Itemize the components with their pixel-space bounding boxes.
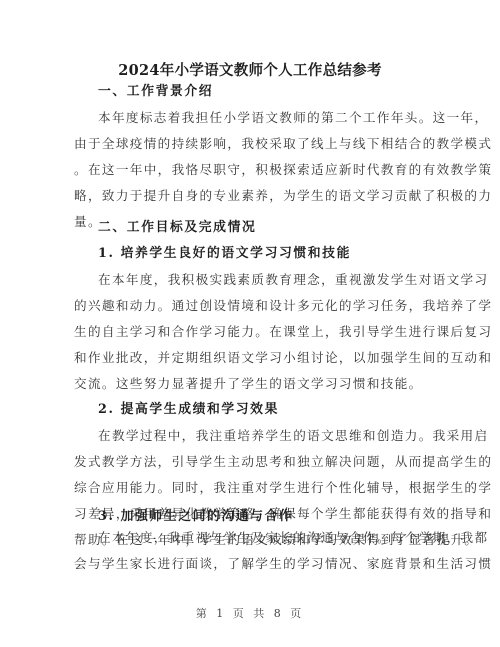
paragraph-line: 由于全球疫情的持续影响，我校采取了线上与线下相结合的教学模式 bbox=[74, 136, 417, 152]
paragraph-line: 交流。这些努力显著提升了学生的语文学习习惯和技能。 bbox=[74, 376, 417, 392]
document-title: 2024年小学语文教师个人工作总结参考 bbox=[0, 59, 500, 80]
paragraph-line: 。在这一年中，我恪尽职守，积极探索适应新时代教育的有效教学策 bbox=[74, 162, 417, 178]
paragraph-line: 发式教学方法，引导学生主动思考和独立解决问题，从而提高学生的 bbox=[74, 454, 417, 470]
paragraph-line: 和作业批改，并定期组织语文学习小组讨论，以加强学生间的互动和 bbox=[74, 350, 417, 366]
paragraph-line: 略，致力于提升自身的专业素养，为学生的语文学习贡献了积极的力 bbox=[74, 188, 417, 204]
paragraph-line: 在本年度，我重视与学生及家长的沟通与合作。每个学期，我都 bbox=[98, 530, 417, 546]
paragraph-line: 生的自主学习和合作学习能力。在课堂上，我引导学生进行课后复习 bbox=[74, 324, 417, 340]
paragraph-line: 的兴趣和动力。通过创设情境和设计多元化的学习任务，我培养了学 bbox=[74, 298, 417, 314]
subheading-2: 2. 提高学生成绩和学习效果 bbox=[98, 402, 417, 418]
document-page: 2024年小学语文教师个人工作总结参考 一、工作背景介绍 本年度标志着我担任小学… bbox=[0, 0, 500, 647]
section-heading-2: 二、工作目标及完成情况 bbox=[98, 220, 417, 236]
subheading-3: 3. 加强师生之间的沟通与合作 bbox=[98, 509, 417, 525]
section-heading-1: 一、工作背景介绍 bbox=[98, 84, 417, 100]
paragraph-line: 会与学生家长进行面谈，了解学生的学习情况、家庭背景和生活习惯 bbox=[74, 556, 417, 572]
paragraph-line: 本年度标志着我担任小学语文教师的第二个工作年头。这一年， bbox=[98, 110, 417, 126]
paragraph-line: 在教学过程中，我注重培养学生的语文思维和创造力。我采用启 bbox=[98, 428, 417, 444]
page-footer: 第 1 页 共 8 页 bbox=[0, 605, 500, 621]
paragraph-line: 在本年度，我积极实践素质教育理念，重视激发学生对语文学习 bbox=[98, 272, 417, 288]
paragraph-line: 综合应用能力。同时，我注重对学生进行个性化辅导，根据学生的学 bbox=[74, 480, 417, 496]
subheading-1: 1. 培养学生良好的语文学习习惯和技能 bbox=[98, 246, 417, 262]
